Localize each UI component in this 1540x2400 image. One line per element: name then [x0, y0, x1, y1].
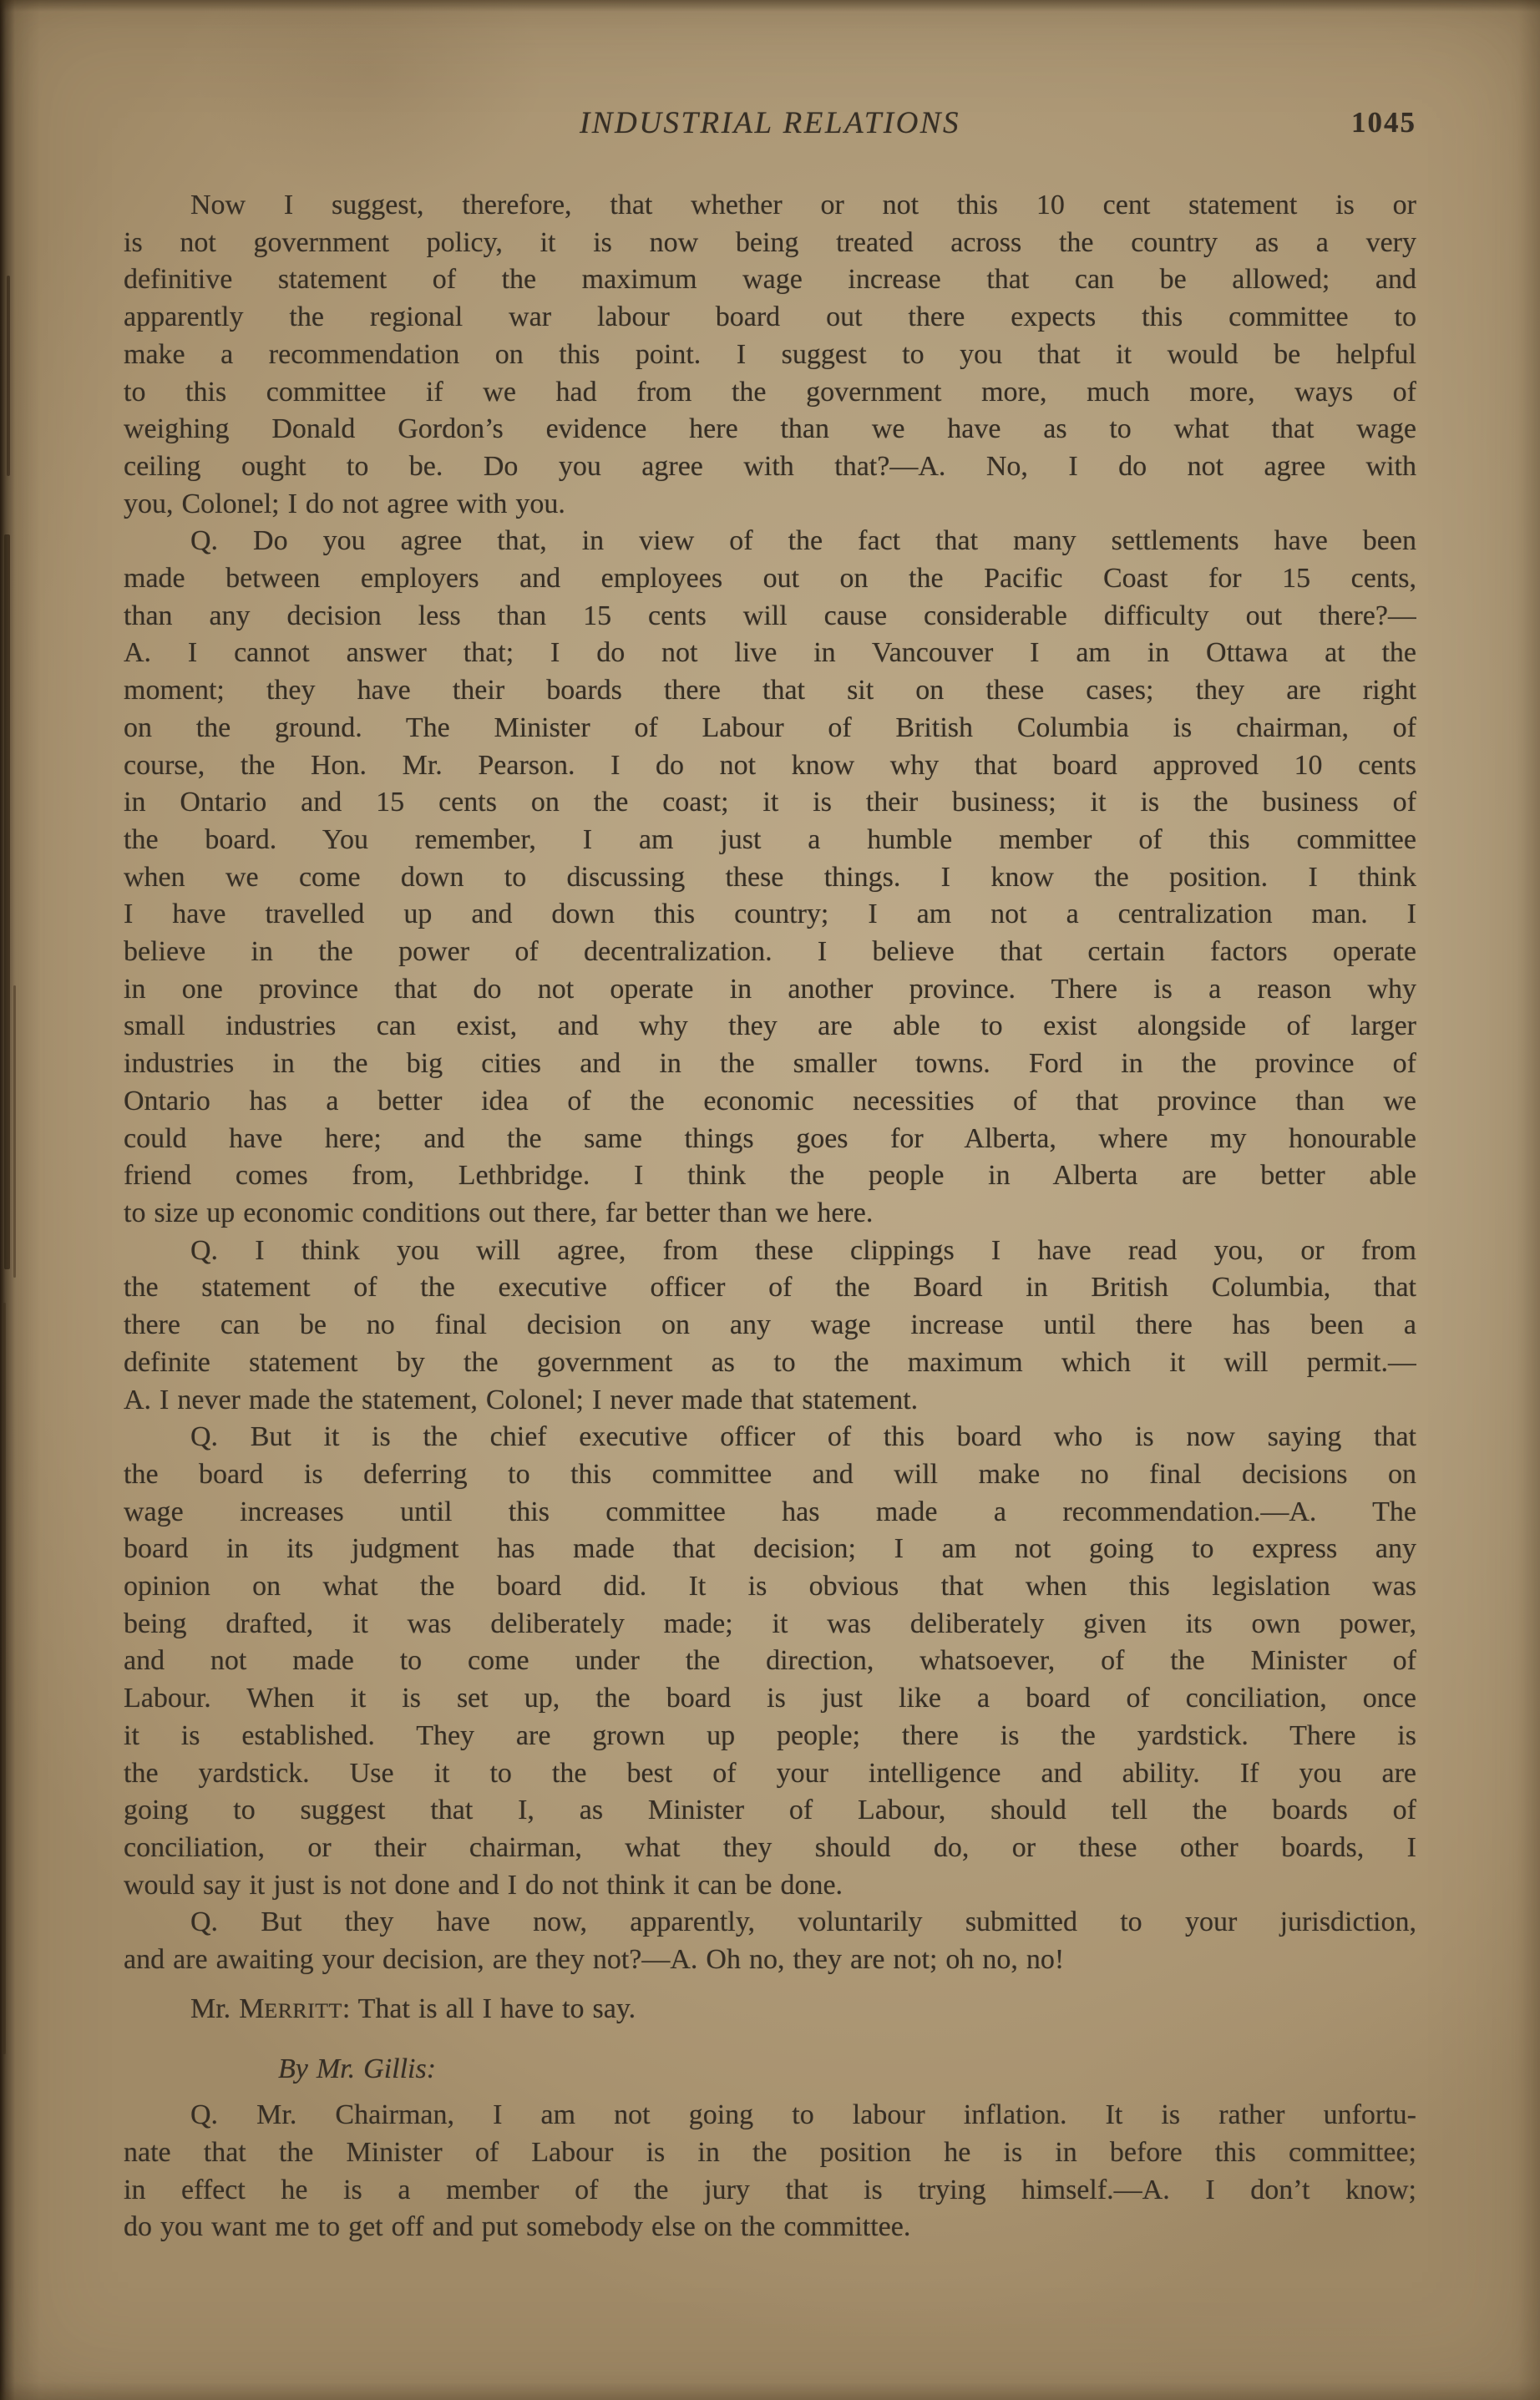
- text-line: Q. But they have now, apparently, volunt…: [124, 1904, 1416, 1942]
- paragraph: Q. I think you will agree, from these cl…: [124, 1233, 1416, 1420]
- text-line: Ontario has a better idea of the economi…: [124, 1083, 1416, 1121]
- text-line: the statement of the executive officer o…: [124, 1269, 1416, 1307]
- text-line: board in its judgment has made that deci…: [124, 1531, 1416, 1568]
- paragraph: Q. But they have now, apparently, volunt…: [124, 1904, 1416, 1978]
- text-line: industries in the big cities and in the …: [124, 1046, 1416, 1083]
- text-line: going to suggest that I, as Minister of …: [124, 1792, 1416, 1830]
- text-line: believe in the power of decentralization…: [124, 934, 1416, 971]
- text-line: you, Colonel; I do not agree with you.: [124, 486, 1416, 524]
- text-line: the board. You remember, I am just a hum…: [124, 822, 1416, 859]
- text-line: ceiling ought to be. Do you agree with t…: [124, 448, 1416, 486]
- text-line: make a recommendation on this point. I s…: [124, 337, 1416, 374]
- byline-heading: By Mr. Gillis:: [124, 2051, 1416, 2089]
- text-line: course, the Hon. Mr. Pearson. I do not k…: [124, 747, 1416, 785]
- text-line: and not made to come under the direction…: [124, 1643, 1416, 1680]
- text-line: to size up economic conditions out there…: [124, 1195, 1416, 1233]
- text-line: the board is deferring to this committee…: [124, 1456, 1416, 1494]
- page-number: 1045: [1351, 106, 1416, 139]
- text-line: could have here; and the same things goe…: [124, 1121, 1416, 1158]
- text-line: friend comes from, Lethbridge. I think t…: [124, 1157, 1416, 1195]
- text-line: in one province that do not operate in a…: [124, 971, 1416, 1009]
- text-line: opinion on what the board did. It is obv…: [124, 1568, 1416, 1606]
- text-line: being drafted, it was deliberately made;…: [124, 1606, 1416, 1643]
- text-line: wage increases until this committee has …: [124, 1494, 1416, 1532]
- text-line: A. I cannot answer that; I do not live i…: [124, 635, 1416, 672]
- text-line: made between employers and employees out…: [124, 560, 1416, 598]
- binding-mark: [13, 985, 16, 1278]
- text-line: nate that the Minister of Labour is in t…: [124, 2134, 1416, 2172]
- text-line: on the ground. The Minister of Labour of…: [124, 710, 1416, 747]
- text-line: conciliation, or their chairman, what th…: [124, 1830, 1416, 1867]
- text-line: Labour. When it is set up, the board is …: [124, 1680, 1416, 1718]
- text-block-body: Now I suggest, therefore, that whether o…: [124, 187, 1416, 2246]
- text-line: A. I never made the statement, Colonel; …: [124, 1382, 1416, 1420]
- speaker-paragraph: Mr. MERRITT: That is all I have to say.: [124, 1991, 1416, 2030]
- text-line: weighing Donald Gordon’s evidence here t…: [124, 411, 1416, 448]
- paragraph: Q. Mr. Chairman, I am not going to labou…: [124, 2097, 1416, 2246]
- text-line: it is established. They are grown up peo…: [124, 1718, 1416, 1755]
- text-line: definitive statement of the maximum wage…: [124, 261, 1416, 299]
- text-line: is not government policy, it is now bein…: [124, 225, 1416, 262]
- speaker-name: MERRITT: [239, 1993, 342, 2024]
- text-line: Now I suggest, therefore, that whether o…: [124, 187, 1416, 225]
- text-line: there can be no final decision on any wa…: [124, 1307, 1416, 1344]
- speaker-text: Mr.: [190, 1993, 239, 2024]
- paragraph: Q. Do you agree that, in view of the fac…: [124, 523, 1416, 1232]
- speaker-text: : That is all I have to say.: [342, 1993, 636, 2024]
- running-header-title: INDUSTRIAL RELATIONS: [124, 105, 1416, 141]
- text-line: Q. I think you will agree, from these cl…: [124, 1233, 1416, 1270]
- text-line: the yardstick. Use it to the best of you…: [124, 1755, 1416, 1793]
- text-line: Q. Mr. Chairman, I am not going to labou…: [124, 2097, 1416, 2134]
- text-line: small industries can exist, and why they…: [124, 1008, 1416, 1046]
- page: INDUSTRIAL RELATIONS 1045 Now I suggest,…: [0, 0, 1540, 2400]
- page-top-edge: [0, 0, 1540, 12]
- text-line: apparently the regional war labour board…: [124, 299, 1416, 337]
- text-line: Q. Do you agree that, in view of the fac…: [124, 523, 1416, 560]
- text-line: and are awaiting your decision, are they…: [124, 1942, 1416, 1979]
- binding-mark: [7, 276, 10, 476]
- text-line: I have travelled up and down this countr…: [124, 896, 1416, 934]
- byline-text: By Mr. Gillis:: [124, 2051, 1416, 2089]
- paragraph: Q. But it is the chief executive officer…: [124, 1419, 1416, 1904]
- paragraph: Now I suggest, therefore, that whether o…: [124, 187, 1416, 523]
- page-header: INDUSTRIAL RELATIONS 1045: [124, 105, 1416, 145]
- speaker-line: Mr. MERRITT: That is all I have to say.: [124, 1991, 1416, 2030]
- page-bottom-edge: [0, 2382, 1540, 2400]
- binding-mark: [3, 1303, 6, 2054]
- text-line: in Ontario and 15 cents on the coast; it…: [124, 784, 1416, 822]
- text-line: Q. But it is the chief executive officer…: [124, 1419, 1416, 1456]
- text-line: when we come down to discussing these th…: [124, 859, 1416, 897]
- text-line: in effect he is a member of the jury tha…: [124, 2172, 1416, 2210]
- text-line: to this committee if we had from the gov…: [124, 374, 1416, 412]
- page-right-edge: [1518, 0, 1540, 2400]
- text-line: definite statement by the government as …: [124, 1344, 1416, 1382]
- text-line: than any decision less than 15 cents wil…: [124, 598, 1416, 635]
- text-line: moment; they have their boards there tha…: [124, 672, 1416, 710]
- binding-mark: [4, 534, 10, 1269]
- text-line: do you want me to get off and put somebo…: [124, 2209, 1416, 2246]
- text-line: would say it just is not done and I do n…: [124, 1867, 1416, 1905]
